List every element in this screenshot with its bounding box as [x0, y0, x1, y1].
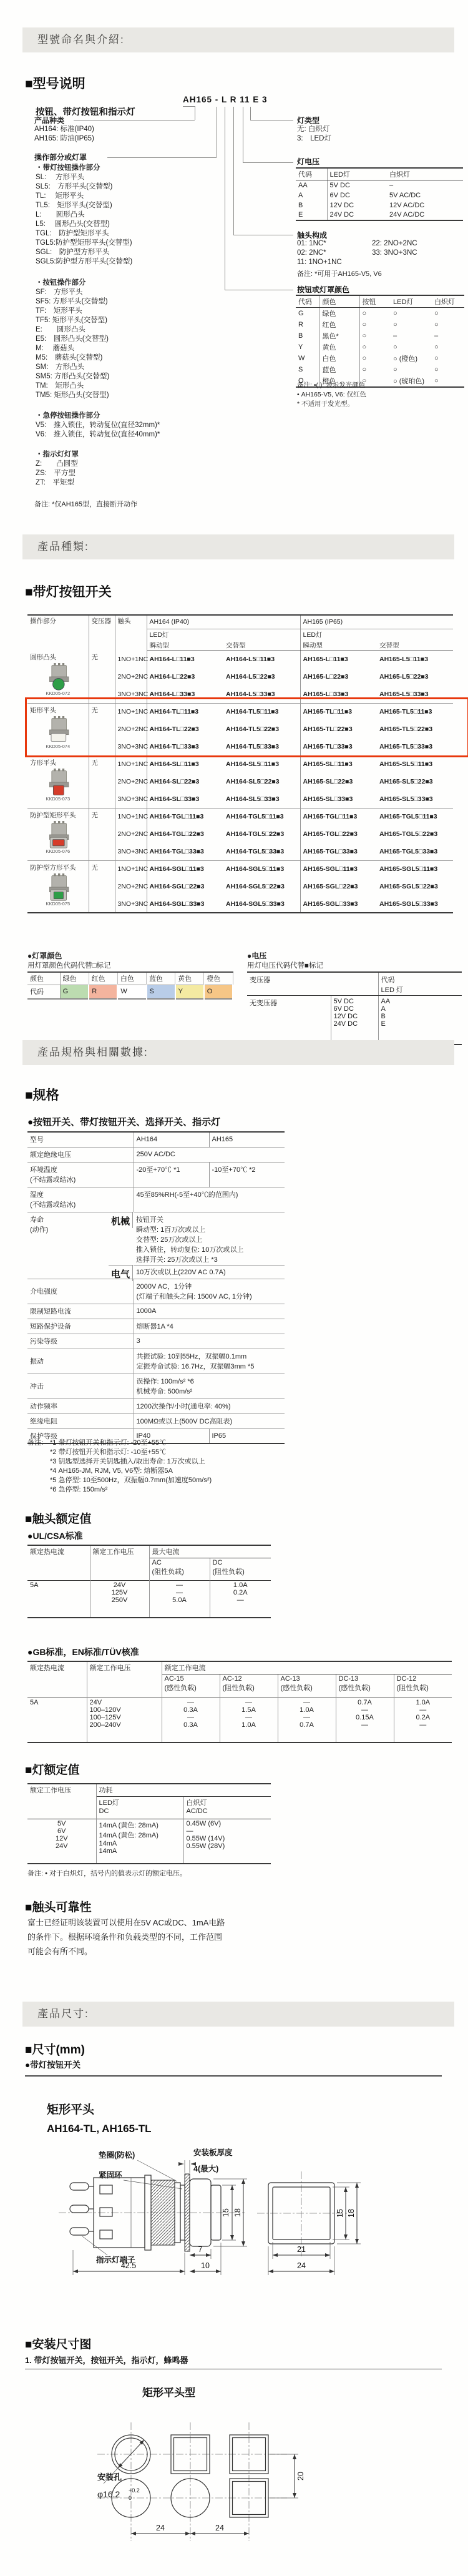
ul-csa-table: 额定热电流 额定工作电压 最大电流 AC (阻性负载) DC (阻性负载) 5A…	[27, 1545, 271, 1618]
spec-value: 2000V AC，1分钟 (灯端子和触头之间: 1500V AC, 1分钟)	[134, 1279, 285, 1304]
heading-illuminated-pushbutton: ■带灯按钮开关	[25, 582, 112, 601]
cell-ac: — — 5.0A	[149, 1580, 210, 1618]
spec-label: 限制短路电流	[27, 1304, 134, 1319]
cell: B	[296, 330, 319, 342]
cell: A	[296, 190, 327, 200]
cell: 蓝色	[319, 364, 359, 375]
cell: ○	[359, 364, 391, 375]
model-cell: AH165-SL□22■3	[300, 773, 377, 790]
transformer-cell: 无	[89, 860, 115, 913]
transformer-cell: 无	[89, 808, 115, 860]
dim-front-18: 18	[347, 2209, 356, 2218]
contact-cell: 2NO+2NC	[115, 668, 147, 686]
spec-value: 按钮开关 瞬动型: 1百万次或以上 交替型: 25万次或以上 推入锁住，转动复位…	[134, 1212, 285, 1265]
cell: ○	[432, 308, 464, 320]
cell: –	[391, 330, 432, 342]
dim-front-24: 24	[297, 2261, 306, 2270]
col-header: DC-13 (感性负载)	[336, 1674, 394, 1698]
section-bar-product-types: 產品種類:	[22, 534, 454, 559]
color-name: 白色	[117, 972, 146, 985]
col-header: 代码	[296, 168, 327, 180]
cell: ○	[432, 375, 464, 387]
connector-line	[233, 235, 293, 235]
cell: 绿色	[319, 308, 359, 320]
dim-front-15: 15	[336, 2209, 344, 2218]
operator-name: 圆形凸头	[30, 652, 86, 662]
spec-label: 动作频率	[27, 1399, 134, 1413]
lamp-voltage-table: 代码 LED灯 白炽灯 AA5V DC– A6V DC5V AC/DC B12V…	[296, 167, 463, 221]
operator-note: 备注: *仅AH165型，直接断开动作	[34, 499, 137, 509]
col-header: DC-12 (阻性负载)	[394, 1674, 452, 1698]
contact-cell: 2NO+2NC	[115, 825, 147, 843]
model-cell: AH164-SGL□22■3	[147, 878, 223, 895]
spec-label: 冲击	[27, 1374, 134, 1399]
col-header-momentary: 瞬动型	[147, 640, 223, 651]
col-header: 额定热电流	[27, 1545, 90, 1580]
cell-led: 14mA (黄色: 28mA) 14mA (黄色: 28mA) 14mA 14m…	[96, 1819, 183, 1864]
cell: ○	[432, 353, 464, 364]
cell: ○ (橙色)	[391, 353, 432, 364]
dims-models: AH164-TL, AH165-TL	[47, 2123, 152, 2135]
spec-value: AH165	[209, 1132, 285, 1147]
col-header: 功耗	[96, 1784, 271, 1796]
color-name: 橙色	[204, 972, 233, 985]
cell: 红色	[319, 319, 359, 330]
spec-value: -20至+70℃ *1	[134, 1162, 209, 1187]
cell-ac12: — 1.5A — 1.0A	[220, 1698, 278, 1743]
model-cell: AH165-L5□11■3	[377, 651, 453, 668]
spec-value: IP65	[209, 1428, 285, 1443]
model-cell: AH164-L5□11■3	[223, 651, 300, 668]
model-cell: AH165-TGL□33■3	[300, 843, 377, 860]
model-cell: AH164-TGL5□22■3	[223, 825, 300, 843]
model-cell: AH164-SGL5□33■3	[223, 895, 300, 913]
connector-line	[250, 107, 251, 120]
cell: 黄色	[319, 342, 359, 353]
cell: ○ (琥珀色)	[391, 375, 432, 387]
contact-cell: 3NO+3NC	[115, 895, 147, 913]
spec-value: 1000A	[134, 1304, 285, 1319]
cell: ○	[359, 308, 391, 320]
label-panel-max: 4(最大)	[193, 2164, 218, 2173]
cell: ○	[359, 342, 391, 353]
cell-dc13: 0.7A — 0.15A —	[336, 1698, 394, 1743]
model-cell: AH165-SGL□33■3	[300, 895, 377, 913]
model-cell: AH165-TGL5□11■3	[377, 808, 453, 825]
operator-group1-lines: SL: 方形平头 SL5: 方形平头(交替型) TL: 矩形平头 TL5: 矩形…	[36, 173, 132, 267]
product-image-square	[41, 769, 76, 796]
operator-group2-title: ・按钮操作部分	[36, 278, 86, 288]
contact-cell: 2NO+2NC	[115, 773, 147, 790]
connector-line	[217, 107, 217, 157]
col-header-led: LED灯	[147, 629, 300, 640]
spec-sublabel: 机械	[109, 1212, 133, 1228]
cell: Y	[296, 342, 319, 353]
spec-label: 额定绝缘电压	[27, 1147, 134, 1162]
col-header-alternate: 交替型	[377, 640, 453, 651]
catalog-page: { "bars": { "naming": "型號命名與介紹:", "types…	[0, 0, 468, 2576]
cell: 24V DC	[327, 210, 387, 220]
model-cell: AH164-TGL□22■3	[147, 825, 223, 843]
operator-group2-lines: SF: 方形平头 SF5: 方形平头(交替型) TF: 矩形平头 TF5: 矩形…	[36, 288, 109, 400]
product-kind-title: 产品种类	[34, 115, 64, 125]
color-title: 按钮或灯罩颜色	[297, 284, 349, 295]
spec-sublabel: 电气	[109, 1265, 133, 1281]
col-header: LED灯 DC	[96, 1796, 183, 1819]
color-code-swatch: O	[204, 985, 233, 999]
model-cell: AH164-SGL□11■3	[147, 860, 223, 878]
cell-voltages: 24V 125V 250V	[90, 1580, 149, 1618]
heading-mounting: ■安装尺寸图	[25, 2335, 91, 2352]
col-header: 白炽灯	[387, 168, 463, 180]
spec-label: 寿命 (动作)	[27, 1212, 109, 1279]
spec-value: 共振试验: 10到55Hz，双振幅0.1mm 定振寿命试验: 16.7Hz，双振…	[134, 1349, 285, 1374]
operator-name: 防护型矩形平头	[30, 810, 86, 820]
cell: ○	[432, 319, 464, 330]
col-header: 额定工作电压	[90, 1545, 149, 1580]
mounting-hole-drawing: 安装孔 φ16.2 +0.2 0 20 24 24	[75, 2405, 412, 2555]
color-name: 蓝色	[147, 972, 175, 985]
color-notes: 备注: •( ): 表示发光颜色 • AH165-V5, V6: 仅红色 * 不…	[297, 381, 366, 409]
cell: ○	[432, 342, 464, 353]
spec-label: 湿度 (不结露或结冰)	[27, 1187, 134, 1212]
gb-en-table: 额定热电流 额定工作电压 额定工作电流 AC-15 (感性负载) AC-12 (…	[27, 1661, 452, 1743]
cell-dc: 1.0A 0.2A —	[210, 1580, 271, 1618]
cell: B	[296, 200, 327, 210]
color-code-swatch: G	[60, 985, 89, 999]
model-cell: AH164-SL5□11■3	[223, 755, 300, 773]
product-image-guard-square	[41, 873, 76, 901]
connector-line	[195, 107, 195, 120]
lamp-rating-table: 额定工作电压 功耗 LED灯 DC 白炽灯 AC/DC 5V 6V 12V 24…	[27, 1783, 271, 1864]
label-panel-thickness: 安装板厚度	[193, 2148, 233, 2157]
cell-dc12: 1.0A — 0.2A —	[394, 1698, 452, 1743]
col-header-led: LED灯	[300, 629, 453, 640]
section-bar-dimensions: 產品尺寸:	[22, 2002, 454, 2027]
dim-24-right: 24	[215, 2524, 224, 2532]
operator-group4-lines: Z: 凸圆型 ZS: 平方型 ZT: 平矩型	[36, 460, 78, 488]
contacts-col2: 22: 2NO+2NC 33: 3NO+3NC	[372, 239, 417, 258]
spec-value: 误操作: 100m/s² *6 机械寿命: 500m/s²	[134, 1374, 285, 1399]
spec-table: 型号AH164AH165 额定绝缘电压250V AC/DC 环境温度 (不结露或…	[27, 1131, 285, 1444]
model-cell: AH164-L□11■3	[147, 651, 223, 668]
operator-cell: 防护型矩形平头 KKD05-076	[27, 808, 89, 860]
col-header: 白炽灯 AC/DC	[183, 1796, 271, 1819]
model-cell: AH165-SL□11■3	[300, 755, 377, 773]
cell-codes: AA A B E	[378, 996, 462, 1045]
lens-color-title: ●灯罩颜色	[27, 950, 62, 961]
color-code-swatch: S	[147, 985, 175, 999]
heading-contact-reliability: ■触头可靠性	[25, 1898, 91, 1915]
spec-label: 环境温度 (不结露或结冰)	[27, 1162, 134, 1187]
model-cell: AH165-TGL5□22■3	[377, 825, 453, 843]
product-image-label: KKD05-073	[30, 796, 86, 802]
col-header: 额定工作电压	[27, 1784, 96, 1819]
contact-cell: 1NO+1NC	[115, 755, 147, 773]
col-header: AC-15 (感性负载)	[162, 1674, 220, 1698]
model-cell: AH164-TGL□33■3	[147, 843, 223, 860]
model-cell: AH165-SGL5□22■3	[377, 878, 453, 895]
lens-color-subtitle: 用灯罩颜色代码代替□标记	[27, 960, 110, 970]
col-header-operator: 操作部分	[27, 615, 89, 651]
cell: ○	[391, 319, 432, 330]
model-cell: AH164-SL5□22■3	[223, 773, 300, 790]
dim-42-5: 42.5	[121, 2261, 136, 2270]
col-header: AC-12 (阻性负载)	[220, 1674, 278, 1698]
spec-subtitle: ●按钮开关、带灯按钮开关、选择开关、指示灯	[27, 1115, 220, 1128]
cell: ○	[391, 342, 432, 353]
connector-line	[225, 290, 293, 290]
spec-value: 10万次或以上(220V AC 0.7A)	[134, 1265, 285, 1279]
cell: ○	[359, 330, 391, 342]
col-header-transformer: 变压器	[89, 615, 115, 651]
contact-cell: 3NO+3NC	[115, 843, 147, 860]
col-header: 白炽灯	[432, 295, 464, 308]
spec-label: 短路保护设备	[27, 1319, 134, 1334]
dim-side-15: 15	[222, 2208, 230, 2217]
col-header: 额定工作电压	[87, 1661, 162, 1698]
lens-color-table: 颜色 绿色 红色 白色 蓝色 黄色 橙色 代码 G R W S Y O	[27, 971, 233, 1000]
color-name: 红色	[89, 972, 117, 985]
highlight-box-rect-flush-row	[25, 697, 468, 757]
cell: 白色	[319, 353, 359, 364]
col-header: AC (阻性负载)	[149, 1558, 210, 1580]
voltage-title: ●电压	[247, 950, 266, 961]
operator-group3-lines: V5: 推入锁住，转动复位(直径32mm)* V6: 推入锁住，转动复位(直径4…	[36, 421, 160, 440]
connector-line	[107, 157, 217, 158]
ul-csa-title: ●UL/CSA标准	[27, 1530, 83, 1542]
spec-value: 3	[134, 1334, 285, 1349]
col-header: 颜色	[319, 295, 359, 308]
model-cell: AH165-SGL□22■3	[300, 878, 377, 895]
product-image-label: KKD05-075	[30, 901, 86, 907]
model-cell: AH165-SL5□33■3	[377, 790, 453, 808]
heading-lamp-rating: ■灯额定值	[25, 1761, 79, 1777]
heading-specifications: ■规格	[25, 1085, 59, 1104]
col-header: 额定工作电流	[162, 1661, 452, 1674]
divider	[25, 2369, 442, 2369]
contact-cell: 1NO+1NC	[115, 808, 147, 825]
cell: ○	[391, 364, 432, 375]
operator-group1-title: ・带灯按钮操作部分	[36, 164, 100, 173]
spec-label: 污染等级	[27, 1334, 134, 1349]
cell: W	[296, 353, 319, 364]
dim-24-left: 24	[156, 2524, 165, 2532]
dim-front-21: 21	[297, 2245, 306, 2254]
col-header-ah164: AH164 (IP40)	[147, 615, 300, 629]
col-header-contact: 触头	[115, 615, 147, 651]
cell: –	[432, 330, 464, 342]
model-cell: AH165-SGL5□11■3	[377, 860, 453, 878]
contact-cell: 1NO+1NC	[115, 860, 147, 878]
product-models-table: 操作部分 变压器 触头 AH164 (IP40) AH165 (IP65) LE…	[27, 614, 453, 913]
dim-20: 20	[296, 2472, 305, 2480]
dims-subtitle: ●带灯按钮开关	[25, 2058, 80, 2070]
heading-model-explanation: ■型号说明	[25, 74, 85, 92]
color-name: 绿色	[60, 972, 89, 985]
model-cell: AH165-SL5□11■3	[377, 755, 453, 773]
mounting-type-name: 矩形平头型	[142, 2384, 195, 2399]
cell-thermal: 5A	[27, 1580, 90, 1618]
model-cell: AH165-TGL□11■3	[300, 808, 377, 825]
model-cell: AH165-SGL□11■3	[300, 860, 377, 878]
product-image-round	[41, 663, 76, 691]
model-cell: AH165-TGL5□33■3	[377, 843, 453, 860]
section-bar-specs: 產品規格與相關數據:	[22, 1040, 454, 1065]
model-cell: AH165-SL□33■3	[300, 790, 377, 808]
product-image-guard-rect	[41, 821, 76, 848]
dim-7: 7	[198, 2245, 203, 2254]
cell: –	[387, 180, 463, 190]
heading-dimensions: ■尺寸(mm)	[25, 2040, 85, 2057]
cell: ○	[391, 308, 432, 320]
dimension-drawing: 垫圈(防松) 紧固环 安装板厚度 4(最大) 指示灯端子 42.5 7 10 1…	[37, 2145, 437, 2292]
lamp-note: 备注: • 对于白炽灯，括号内的值表示灯的额定电压。	[27, 1869, 187, 1879]
cell: ○	[359, 319, 391, 330]
col-header-code: 代码 LED 灯	[378, 972, 462, 996]
divider	[25, 2075, 442, 2077]
spec-value: 1200次操作/小时(通电率: 40%)	[134, 1399, 285, 1413]
model-cell: AH165-TGL□22■3	[300, 825, 377, 843]
connector-line	[243, 107, 243, 162]
cell: ○	[432, 364, 464, 375]
cell: AA	[296, 180, 327, 190]
spec-label: 型号	[27, 1132, 134, 1147]
connector-line	[233, 107, 234, 235]
model-cell: AH164-L□22■3	[147, 668, 223, 686]
cell: E	[296, 210, 327, 220]
col-header-transformer: 变压器	[247, 972, 378, 996]
button-color-table: 代码 颜色 按钮 LED灯 白炽灯 G绿色○○○ R红色○○○ B黑色*○–– …	[296, 295, 464, 388]
cell: 12V DC	[327, 200, 387, 210]
col-header: LED灯	[327, 168, 387, 180]
transformer-cell: 无	[89, 755, 115, 808]
dim-hole-diameter: φ16.2	[97, 2489, 120, 2499]
color-code-swatch: W	[117, 985, 146, 999]
model-cell: AH164-SGL5□11■3	[223, 860, 300, 878]
cell-voltages: 5V DC 6V DC 12V DC 24V DC	[331, 996, 378, 1045]
label-washer: 垫圈(防松)	[99, 2150, 135, 2160]
contact-cell: 3NO+3NC	[115, 790, 147, 808]
label-lock-ring: 紧固环	[99, 2170, 122, 2180]
model-cell: AH164-TGL5□11■3	[223, 808, 300, 825]
dim-10: 10	[201, 2261, 210, 2270]
cell: R	[296, 319, 319, 330]
color-name: 黄色	[175, 972, 204, 985]
model-cell: AH165-SL5□22■3	[377, 773, 453, 790]
cell: 12V AC/DC	[387, 200, 463, 210]
dim-hole-tol-lower: 0	[129, 2495, 132, 2501]
spec-notes-label: 备注:	[27, 1438, 43, 1448]
col-header-alternate: 交替型	[223, 640, 300, 651]
dim-hole-tol-upper: +0.2	[129, 2487, 140, 2494]
operator-cell: 圆形凸头 KKD05-072	[27, 651, 89, 703]
contacts-col1: 01: 1NC* 02: 2NC* 11: 1NO+1NC	[297, 239, 342, 267]
cell: 5V AC/DC	[387, 190, 463, 200]
mounting-subtitle: 1. 带灯按钮开关，按钮开关，指示灯，蜂鸣器	[25, 2354, 188, 2366]
heading-contact-rating: ■触头额定值	[25, 1510, 91, 1526]
spec-value: 45至85%RH(-5至+40℃的范围内)	[134, 1187, 285, 1212]
spec-label: 介电强度	[27, 1279, 134, 1304]
gb-en-title: ●GB标准，EN标准/TÜV核准	[27, 1646, 139, 1658]
cell-voltages: 24V 100–120V 100–125V 200–240V	[87, 1698, 162, 1743]
spec-label: 绝缘电阻	[27, 1413, 134, 1428]
cell-ac13: — 1.0A — 0.7A	[278, 1698, 336, 1743]
model-cell: AH164-SL□22■3	[147, 773, 223, 790]
code-underline	[183, 106, 195, 107]
transformer-cell: 无	[89, 651, 115, 703]
reliability-text: 富士已经证明该装置可以使用在5V AC或DC、1mA电路 的条件下。根据环境条件…	[27, 1915, 225, 1959]
product-kind-lines: AH164: 标准(IP40) AH165: 防油(IP65)	[34, 125, 94, 144]
operator-cell: 防护型方形平头 KKD05-075	[27, 860, 89, 913]
contact-cell: 1NO+1NC	[115, 651, 147, 668]
cell-incandescent: 0.45W (6V) — 0.55W (14V) 0.55W (28V)	[183, 1819, 271, 1864]
connector-line	[225, 107, 225, 290]
model-cell: AH164-SGL□33■3	[147, 895, 223, 913]
model-cell: AH165-SGL5□33■3	[377, 895, 453, 913]
cell: 黑色*	[319, 330, 359, 342]
col-header: 代码	[296, 295, 319, 308]
spec-value: 100MΩ或以上(500V DC高阻表)	[134, 1413, 285, 1428]
spec-value: 熔断器1A *4	[134, 1319, 285, 1334]
model-cell: AH164-TGL□11■3	[147, 808, 223, 825]
voltage-code-table: 变压器 代码 LED 灯 无变压器 5V DC 6V DC 12V DC 24V…	[247, 971, 462, 1045]
col-header: 最大电流	[149, 1545, 271, 1558]
model-cell: AH164-SL5□33■3	[223, 790, 300, 808]
model-code: AH165 - L R 11 E 3	[183, 95, 268, 104]
lamp-type-title: 灯类型	[297, 115, 319, 125]
row-header: 代码	[27, 985, 60, 999]
spec-label: 振动	[27, 1349, 134, 1374]
product-image-label: KKD05-076	[30, 848, 86, 854]
model-cell: AH164-SL□33■3	[147, 790, 223, 808]
cell-voltages: 5V 6V 12V 24V	[27, 1819, 96, 1864]
operator-name: 方形平头	[30, 758, 86, 767]
operator-cell: 方形平头 KKD05-073	[27, 755, 89, 808]
operator-group4-title: ・指示灯灯罩	[36, 450, 79, 460]
cell: ○	[359, 353, 391, 364]
cell-thermal: 5A	[27, 1698, 87, 1743]
contact-cell: 2NO+2NC	[115, 878, 147, 895]
model-cell: AH164-SGL5□22■3	[223, 878, 300, 895]
cell: 24V AC/DC	[387, 210, 463, 220]
spec-notes: *1 带灯按钮开关和指示灯: -20至+55℃ *2 带灯按钮开关和指示灯: -…	[50, 1438, 212, 1495]
cell-transformer: 无变压器	[247, 996, 331, 1045]
cell-ac15: — 0.3A — 0.3A	[162, 1698, 220, 1743]
product-image-label: KKD05-072	[30, 691, 86, 696]
lamp-voltage-title: 灯电压	[297, 156, 319, 167]
spec-value: 250V AC/DC	[134, 1147, 285, 1162]
color-code-swatch: R	[89, 985, 117, 999]
dims-type-name: 矩形平头	[47, 2100, 94, 2117]
lamp-type-lines: 无: 白炽灯 3: LED灯	[297, 125, 331, 144]
spec-value: AH164	[134, 1132, 209, 1147]
model-cell: AH165-L□22■3	[300, 668, 377, 686]
color-code-swatch: Y	[175, 985, 204, 999]
cell: 6V DC	[327, 190, 387, 200]
col-header: LED灯	[391, 295, 432, 308]
dim-side-18: 18	[233, 2208, 242, 2217]
spec-value: -10至+70℃ *2	[209, 1162, 285, 1187]
voltage-subtitle: 用灯电压代码代替■标记	[247, 960, 323, 970]
cell: 5V DC	[327, 180, 387, 190]
connector-line	[243, 162, 293, 163]
contacts-note: 备注: *可用于AH165-V5, V6	[297, 268, 382, 278]
col-header: AC-13 (感性负载)	[278, 1674, 336, 1698]
model-cell: AH164-TGL5□33■3	[223, 843, 300, 860]
model-cell: AH165-L5□22■3	[377, 668, 453, 686]
col-header: 额定热电流	[27, 1661, 87, 1698]
